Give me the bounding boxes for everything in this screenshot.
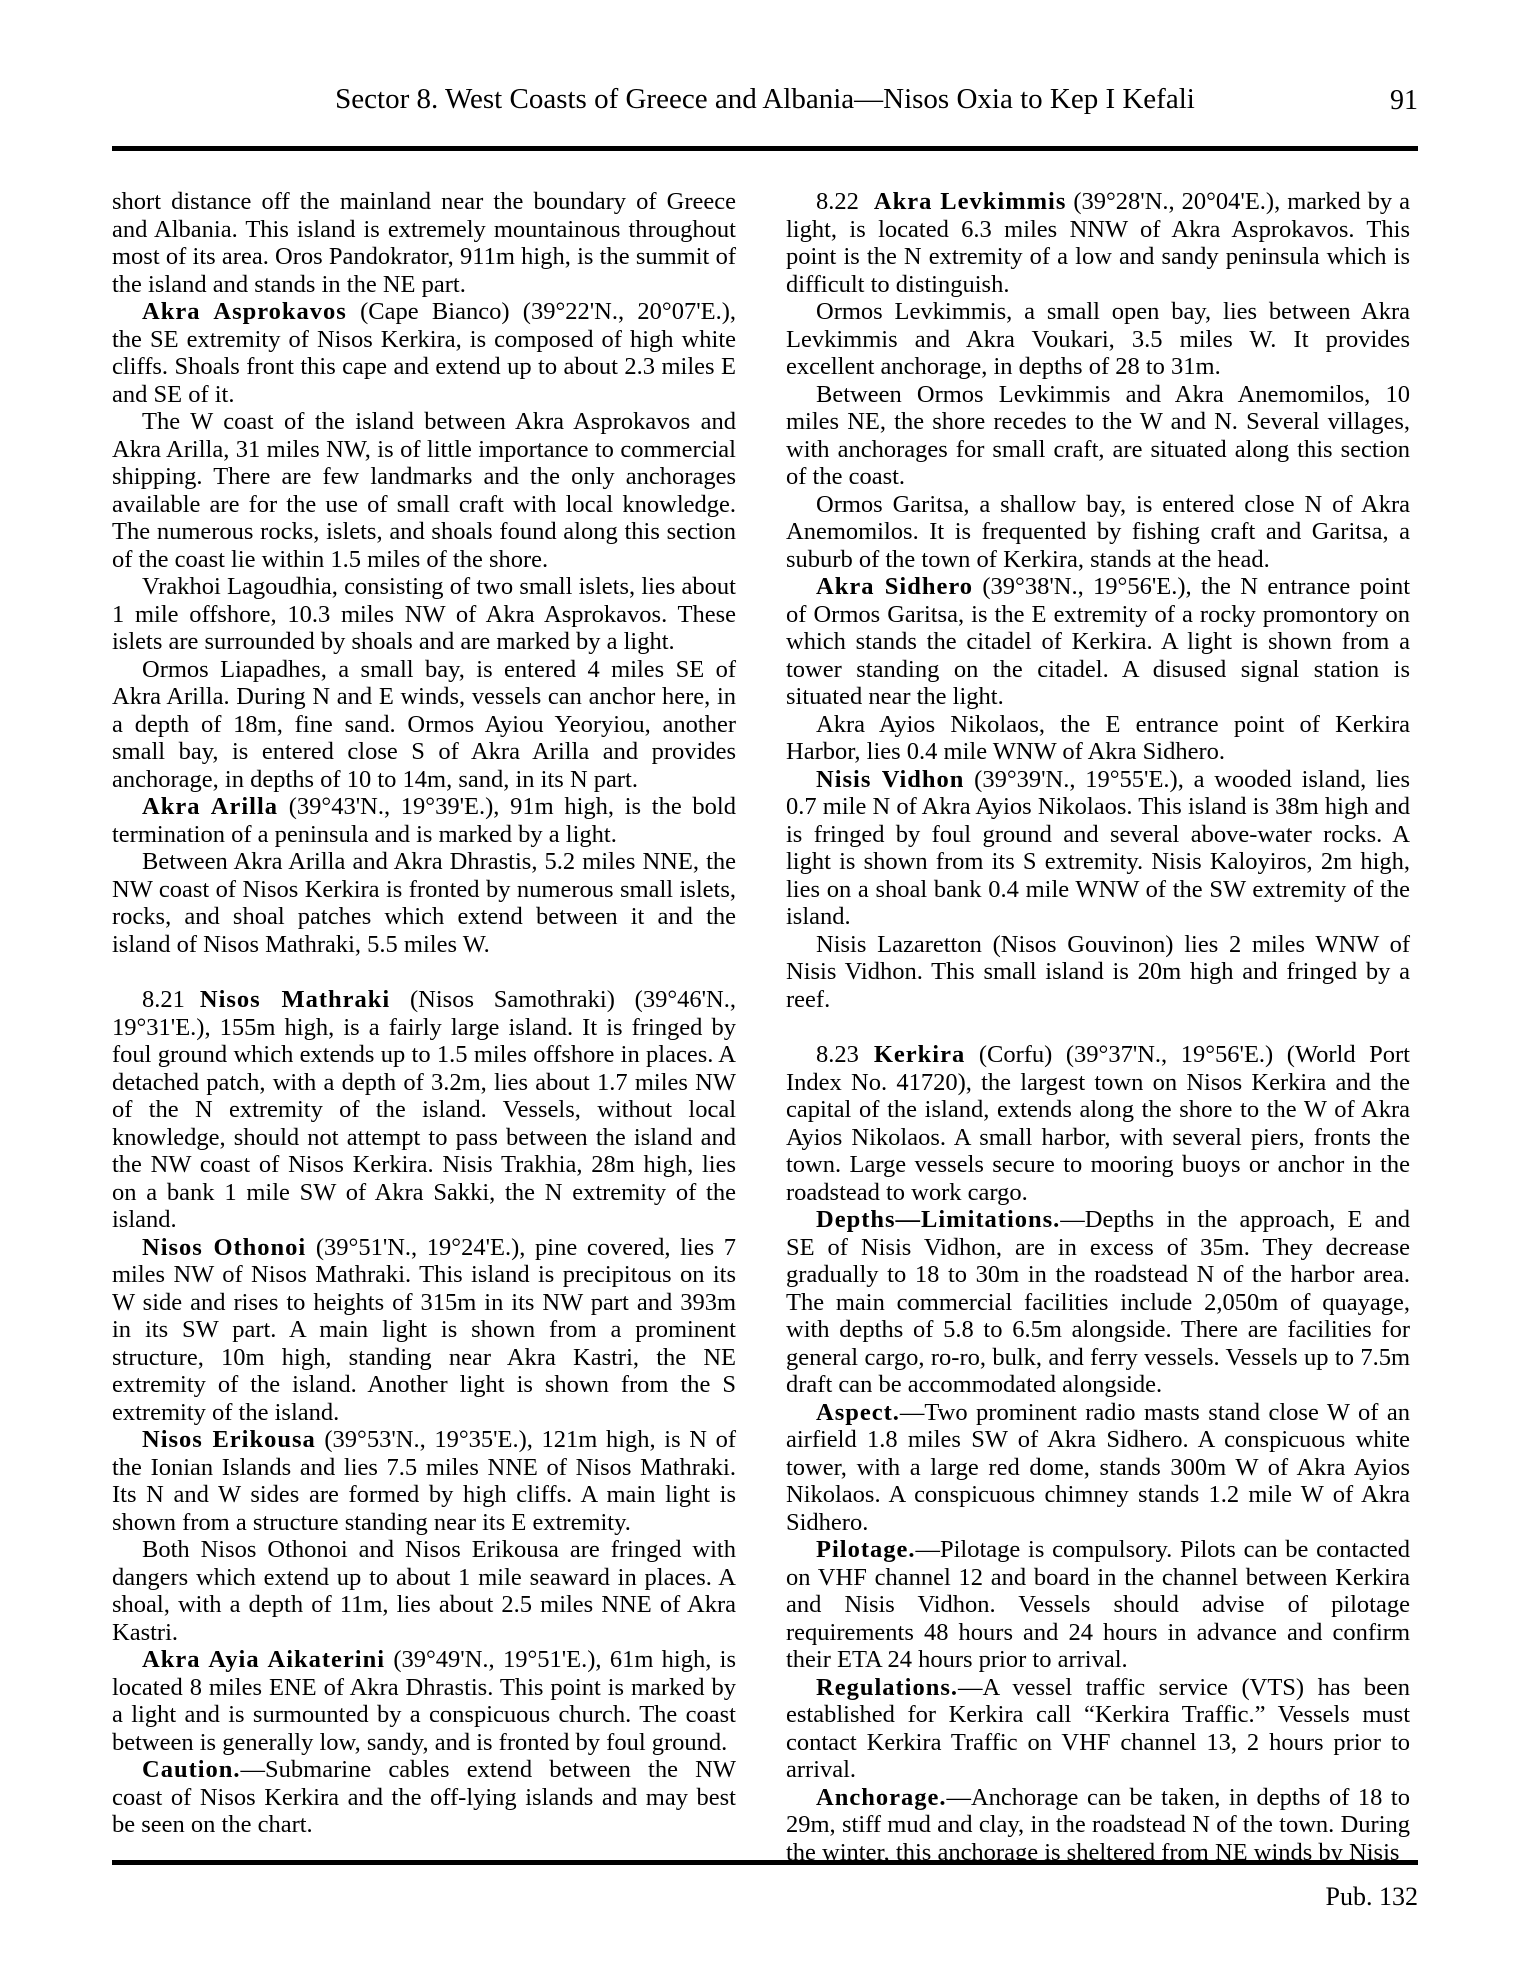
paragraph: Nisos Othonoi (39°51'N., 19°24'E.), pine… bbox=[112, 1234, 736, 1427]
paragraph-lead: Akra Sidhero bbox=[816, 573, 973, 600]
paragraph: Between Ormos Levkimmis and Akra Anemomi… bbox=[786, 381, 1410, 491]
paragraph: 8.22Akra Levkimmis (39°28'N., 20°04'E.),… bbox=[786, 188, 1410, 298]
paragraph: Regulations.—A vessel traffic service (V… bbox=[786, 1674, 1410, 1784]
paragraph: Akra Ayia Aikaterini (39°49'N., 19°51'E.… bbox=[112, 1646, 736, 1756]
paragraph-lead: Anchorage. bbox=[816, 1784, 946, 1811]
page-number: 91 bbox=[1390, 84, 1418, 118]
page-title: Sector 8. West Coasts of Greece and Alba… bbox=[112, 82, 1418, 116]
paragraph: Between Akra Arilla and Akra Dhrastis, 5… bbox=[112, 848, 736, 958]
paragraph-lead: Nisos Othonoi bbox=[142, 1234, 306, 1261]
paragraph: Anchorage.—Anchorage can be taken, in de… bbox=[786, 1784, 1410, 1867]
paragraph-lead: Akra Asprokavos bbox=[142, 298, 347, 325]
paragraph: Ormos Levkimmis, a small open bay, lies … bbox=[786, 298, 1410, 381]
right-column: 8.22Akra Levkimmis (39°28'N., 20°04'E.),… bbox=[786, 188, 1410, 1866]
paragraph-number: 8.23 bbox=[816, 1041, 859, 1068]
paragraph: The W coast of the island between Akra A… bbox=[112, 408, 736, 573]
paragraph: Caution.—Submarine cables extend between… bbox=[112, 1756, 736, 1839]
paragraph-lead: Regulations. bbox=[816, 1674, 958, 1701]
paragraph-lead: Nisis Vidhon bbox=[816, 766, 964, 793]
paragraph-lead: Pilotage. bbox=[816, 1536, 916, 1563]
paragraph-number: 8.21 bbox=[142, 986, 185, 1013]
text-columns: short distance off the mainland near the… bbox=[112, 188, 1418, 1866]
paragraph: 8.21Nisos Mathraki (Nisos Samothraki) (3… bbox=[112, 986, 736, 1234]
paragraph-lead: Aspect. bbox=[816, 1399, 900, 1426]
paragraph-lead: Caution. bbox=[142, 1756, 241, 1783]
paragraph-lead: Depths—Limitations. bbox=[816, 1206, 1060, 1233]
paragraph-lead: Akra Ayia Aikaterini bbox=[142, 1646, 385, 1673]
paragraph-lead: Akra Levkimmis bbox=[874, 188, 1066, 215]
publication-number: Pub. 132 bbox=[1326, 1882, 1418, 1911]
paragraph: Nisis Lazaretton (Nisos Gouvinon) lies 2… bbox=[786, 931, 1410, 1014]
paragraph: Vrakhoi Lagoudhia, consisting of two sma… bbox=[112, 573, 736, 656]
paragraph-number: 8.22 bbox=[816, 188, 859, 215]
page-header: Sector 8. West Coasts of Greece and Alba… bbox=[112, 0, 1418, 151]
paragraph: Akra Ayios Nikolaos, the E entrance poin… bbox=[786, 711, 1410, 766]
paragraph: Nisis Vidhon (39°39'N., 19°55'E.), a woo… bbox=[786, 766, 1410, 931]
paragraph: Akra Sidhero (39°38'N., 19°56'E.), the N… bbox=[786, 573, 1410, 711]
paragraph: Ormos Garitsa, a shallow bay, is entered… bbox=[786, 491, 1410, 574]
paragraph-lead: Nisos Erikousa bbox=[142, 1426, 316, 1453]
paragraph-lead: Nisos Mathraki bbox=[200, 986, 390, 1013]
paragraph: 8.23Kerkira (Corfu) (39°37'N., 19°56'E.)… bbox=[786, 1041, 1410, 1206]
paragraph-lead: Akra Arilla bbox=[142, 793, 278, 820]
page-footer: Pub. 132 bbox=[1326, 1882, 1418, 1912]
left-column: short distance off the mainland near the… bbox=[112, 188, 736, 1866]
document-page: Sector 8. West Coasts of Greece and Alba… bbox=[0, 0, 1530, 1980]
paragraph: Nisos Erikousa (39°53'N., 19°35'E.), 121… bbox=[112, 1426, 736, 1536]
paragraph: Depths—Limitations.—Depths in the approa… bbox=[786, 1206, 1410, 1399]
paragraph: Akra Arilla (39°43'N., 19°39'E.), 91m hi… bbox=[112, 793, 736, 848]
paragraph: short distance off the mainland near the… bbox=[112, 188, 736, 298]
paragraph: Pilotage.—Pilotage is compulsory. Pilots… bbox=[786, 1536, 1410, 1674]
header-rule bbox=[112, 146, 1418, 151]
paragraph: Aspect.—Two prominent radio masts stand … bbox=[786, 1399, 1410, 1537]
paragraph: Ormos Liapadhes, a small bay, is entered… bbox=[112, 656, 736, 794]
paragraph-lead: Kerkira bbox=[874, 1041, 965, 1068]
footer-rule bbox=[112, 1860, 1418, 1865]
paragraph: Akra Asprokavos (Cape Bianco) (39°22'N.,… bbox=[112, 298, 736, 408]
paragraph: Both Nisos Othonoi and Nisos Erikousa ar… bbox=[112, 1536, 736, 1646]
